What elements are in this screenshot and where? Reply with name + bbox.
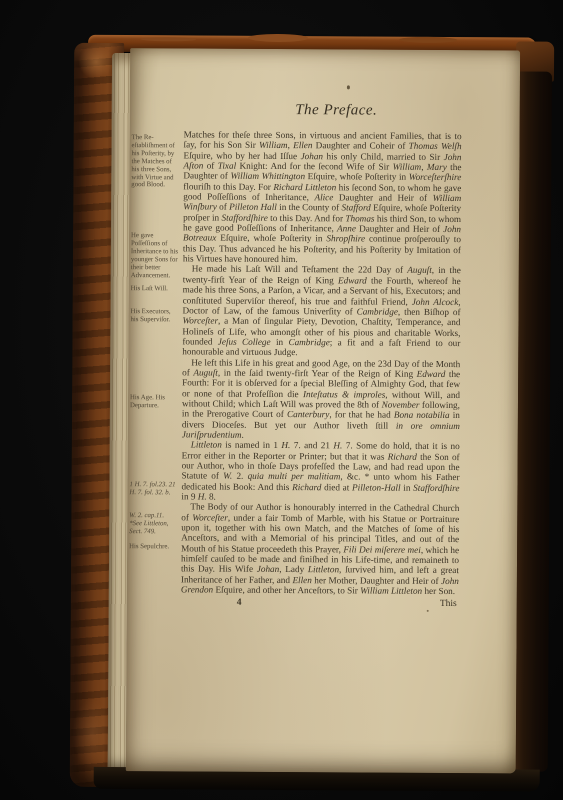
paragraph: Littleton is named in 1 H. 7. and 21 H. … <box>181 440 459 504</box>
page-footer: 4 This <box>181 598 459 610</box>
paper-speck <box>427 610 429 612</box>
paragraph: The Body of our Author is honourably int… <box>181 502 460 597</box>
spine-wear-mark <box>78 45 114 79</box>
running-title: The Preface. <box>198 101 475 120</box>
body-text-column: Matches for theſe three Sons, in virtuou… <box>181 129 462 610</box>
margin-note: 1 H. 7. fol.23. 21 H. 7. fol. 32. b. <box>129 481 178 497</box>
margin-note: W. 2. cap.11. *See Littleton, Sect. 749. <box>129 512 178 536</box>
paragraph: He made his Laſt Will and Teſtament the … <box>182 264 461 359</box>
margin-note: His Executors, his Superviſor. <box>130 308 179 324</box>
margin-note: His Sepulchre. <box>129 543 178 551</box>
paper-speck <box>347 85 350 89</box>
margin-note: His Age. His Departure. <box>130 394 179 410</box>
signature-mark: 4 <box>237 598 242 608</box>
book-page: The Preface. The Re-eſtabliſhment of his… <box>126 48 520 773</box>
catchword: This <box>440 599 457 609</box>
photo-backdrop: The Preface. The Re-eſtabliſhment of his… <box>0 0 563 800</box>
margin-note: His Laſt Will. <box>131 285 180 293</box>
paragraph: Matches for theſe three Sons, in virtuou… <box>183 129 462 265</box>
book: The Preface. The Re-eſtabliſhment of his… <box>0 0 563 800</box>
margin-note: The Re-eſtabliſhment of his Poſterity, b… <box>131 134 180 190</box>
paragraph: He left this Life in his great and good … <box>182 357 461 441</box>
cover-board-right <box>514 71 552 771</box>
spine-wear-mark <box>72 699 112 769</box>
body-paragraphs: Matches for theſe three Sons, in virtuou… <box>181 129 462 596</box>
margin-note: He gave Poſſeſſions of Inheritance to hi… <box>131 232 180 280</box>
